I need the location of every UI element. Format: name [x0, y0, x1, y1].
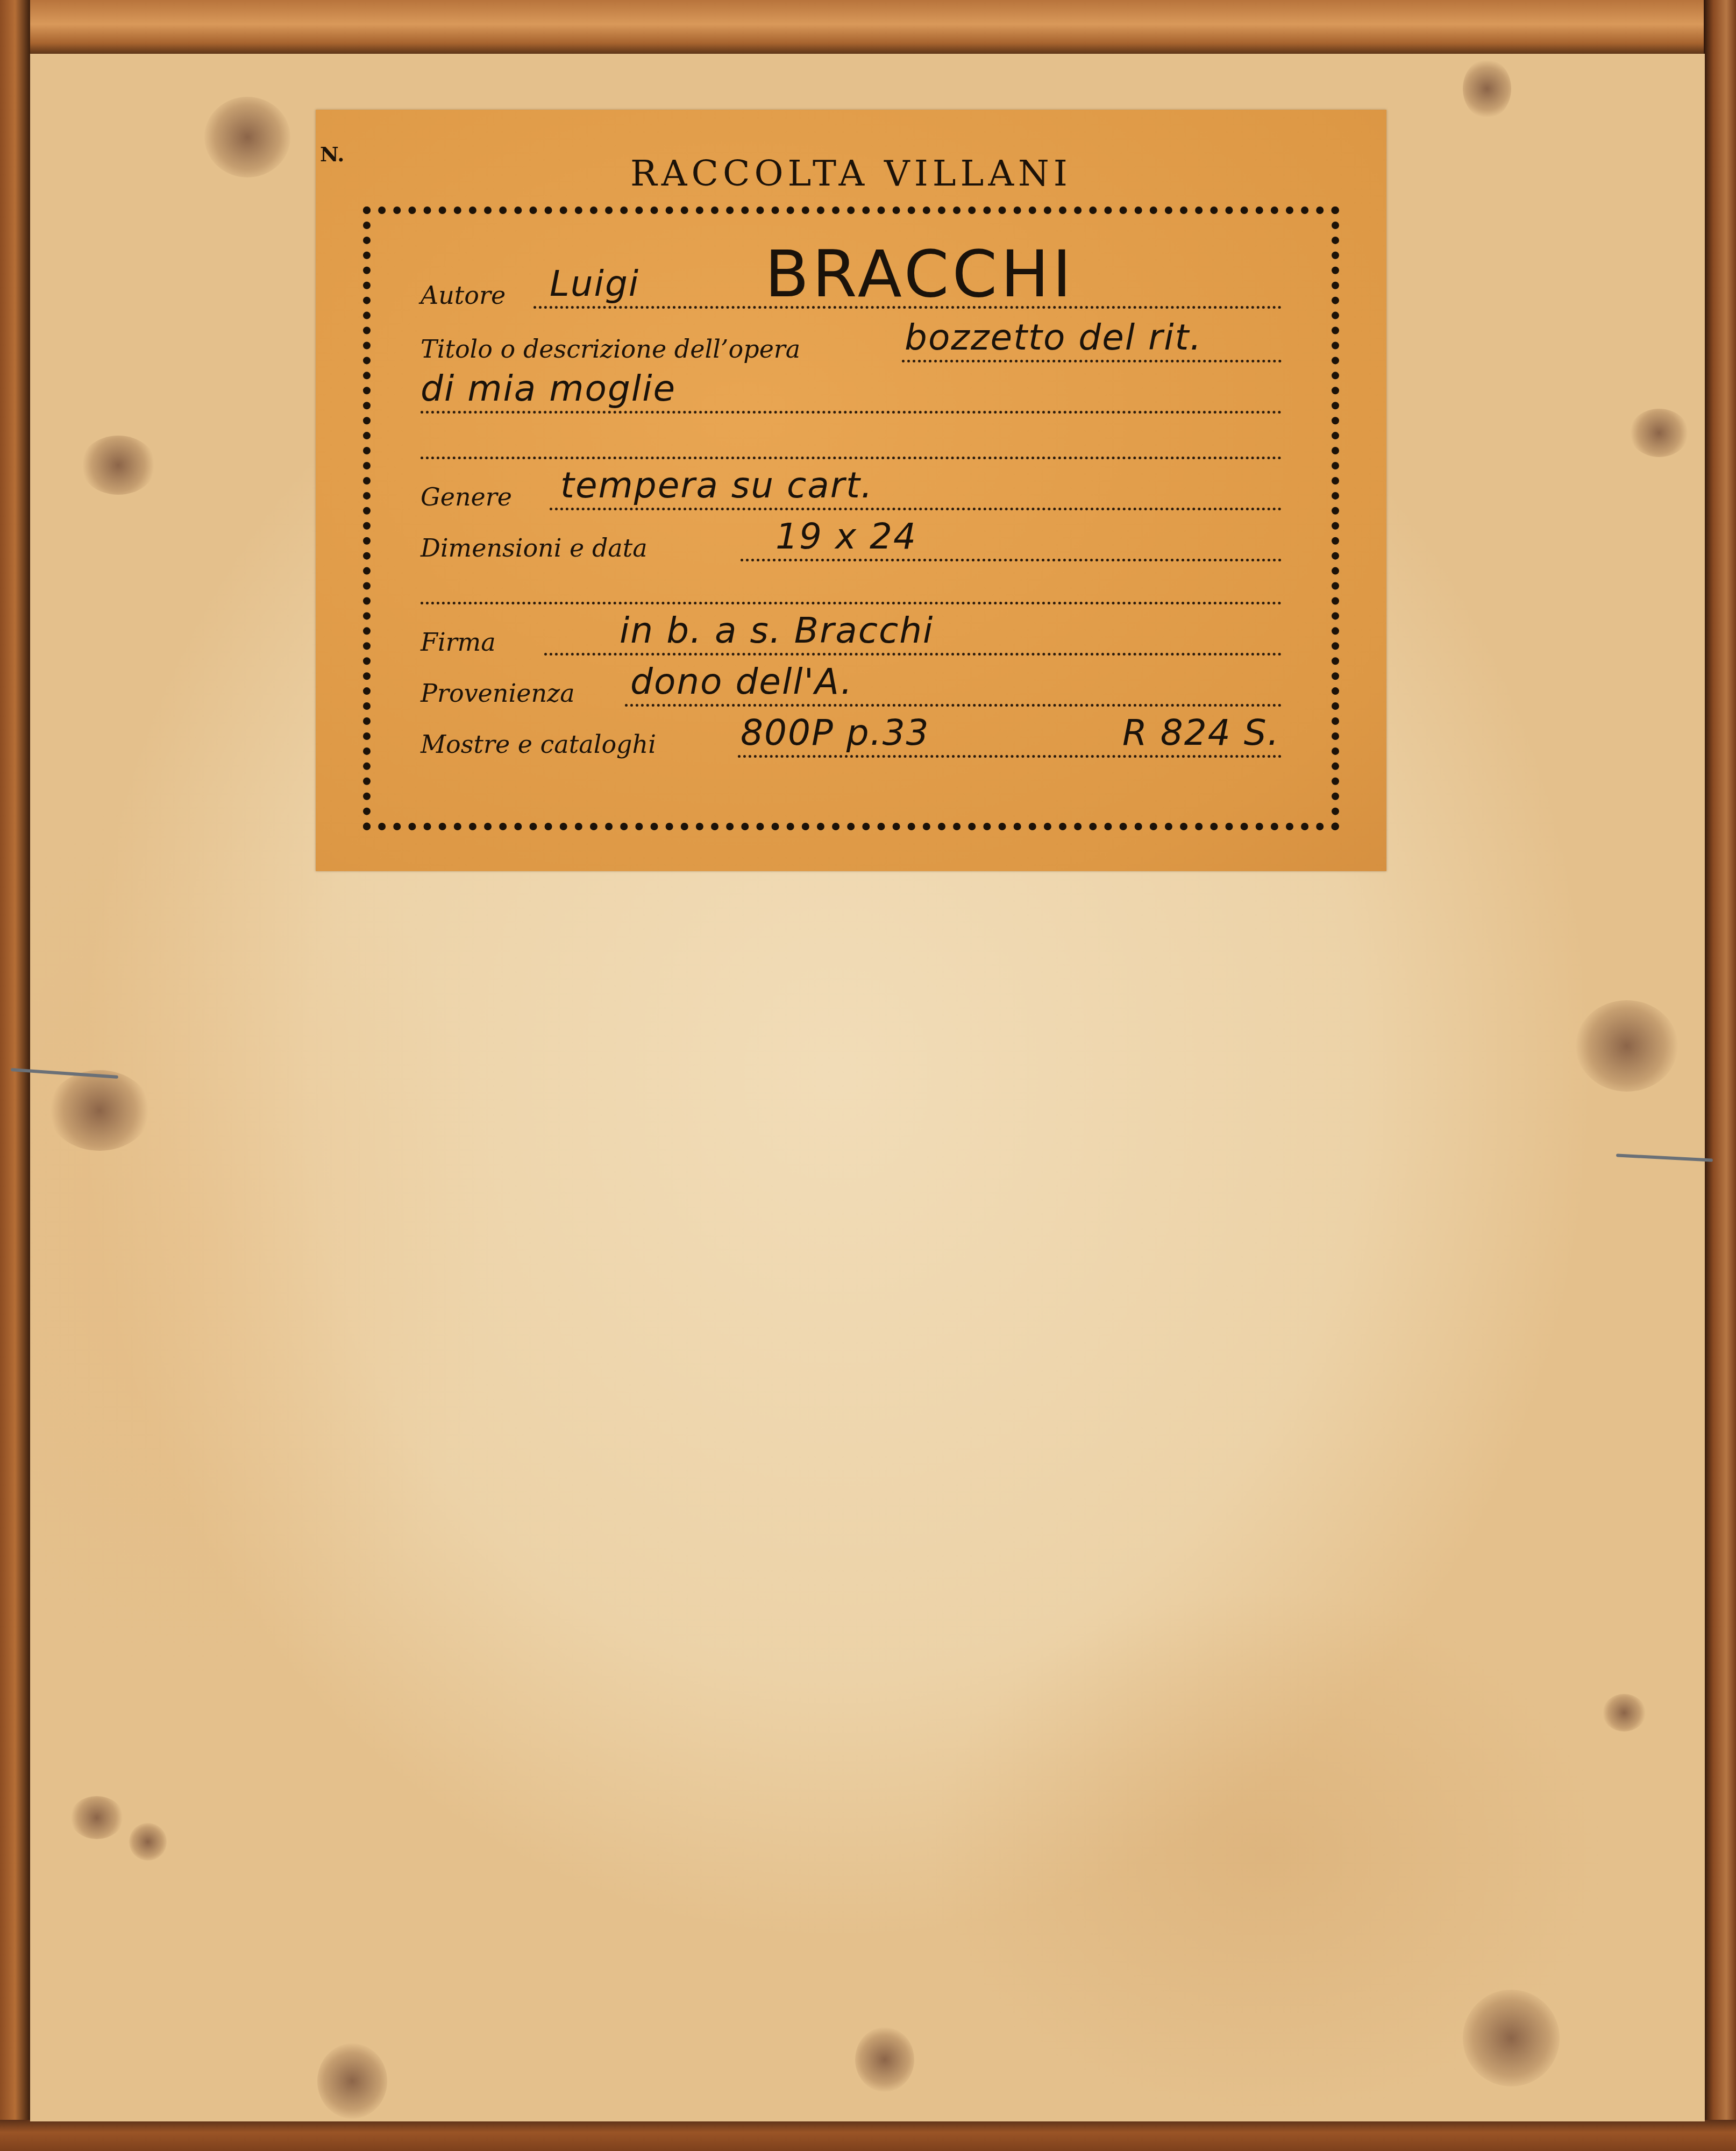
frame-bottom-edge	[0, 2120, 1736, 2151]
nail-stain	[81, 436, 156, 495]
nail-stain	[1463, 1990, 1560, 2086]
field-label: Firma	[421, 628, 496, 657]
field-line	[625, 704, 1282, 707]
field-value-extra: R 824 S.	[1122, 712, 1280, 753]
nail-stain	[129, 1823, 167, 1861]
field-line	[544, 653, 1282, 656]
field-label: Dimensioni e data	[421, 533, 648, 562]
nail-stain	[204, 97, 290, 177]
nail-stain	[1603, 1694, 1646, 1732]
field-line	[421, 411, 1282, 414]
field-line	[550, 508, 1282, 510]
field-value: di mia moglie	[421, 368, 676, 409]
field-value: 800P p.33	[741, 712, 930, 753]
field-label: Provenienza	[421, 679, 575, 708]
label-collection-title: RACCOLTA VILLANI	[316, 153, 1386, 194]
field-line	[902, 360, 1282, 362]
nail-stain	[1576, 1000, 1678, 1092]
field-value: dono dell'A.	[630, 661, 853, 702]
field-value: 19 x 24	[775, 516, 917, 557]
nail-stain	[70, 1796, 124, 1839]
field-value-last-name: BRACCHI	[765, 237, 1075, 312]
field-genere: Genere tempera su cart.	[421, 467, 1282, 516]
frame-top-edge	[0, 0, 1736, 54]
field-dimensioni: Dimensioni e data 19 x 24	[421, 518, 1282, 567]
field-label: Mostre e cataloghi	[421, 730, 656, 759]
field-line	[421, 457, 1282, 459]
field-mostre: Mostre e cataloghi 800P p.33 R 824 S.	[421, 715, 1282, 763]
field-firma: Firma in b. a s. Bracchi	[421, 612, 1282, 661]
field-autore: Autore Luigi BRACCHI	[421, 266, 1282, 314]
field-label: Autore	[421, 281, 506, 310]
field-blank-line	[421, 561, 1282, 610]
nail-stain	[1463, 59, 1511, 118]
nail-stain	[48, 1070, 151, 1151]
frame-right-edge	[1704, 0, 1736, 2151]
field-line	[738, 755, 1282, 758]
field-blank-line	[421, 416, 1282, 465]
field-value: tempera su cart.	[560, 465, 873, 506]
nail-stain	[855, 2027, 914, 2092]
nail-stain	[1630, 409, 1689, 457]
field-titolo-continuation: di mia moglie	[421, 371, 1282, 419]
nail-stain	[317, 2043, 387, 2119]
field-label: Genere	[421, 482, 512, 511]
field-titolo: Titolo o descrizione dell’opera bozzetto…	[421, 319, 1282, 368]
field-provenienza: Provenienza dono dell'A.	[421, 664, 1282, 712]
field-value: bozzetto del rit.	[905, 317, 1202, 358]
field-value: in b. a s. Bracchi	[620, 610, 934, 651]
field-label: Titolo o descrizione dell’opera	[421, 334, 800, 364]
frame-left-edge	[0, 0, 30, 2151]
collection-label: N. RACCOLTA VILLANI Autore Luigi BRACCHI…	[316, 110, 1386, 871]
field-line	[421, 602, 1282, 604]
field-value-first-name: Luigi	[550, 263, 639, 304]
